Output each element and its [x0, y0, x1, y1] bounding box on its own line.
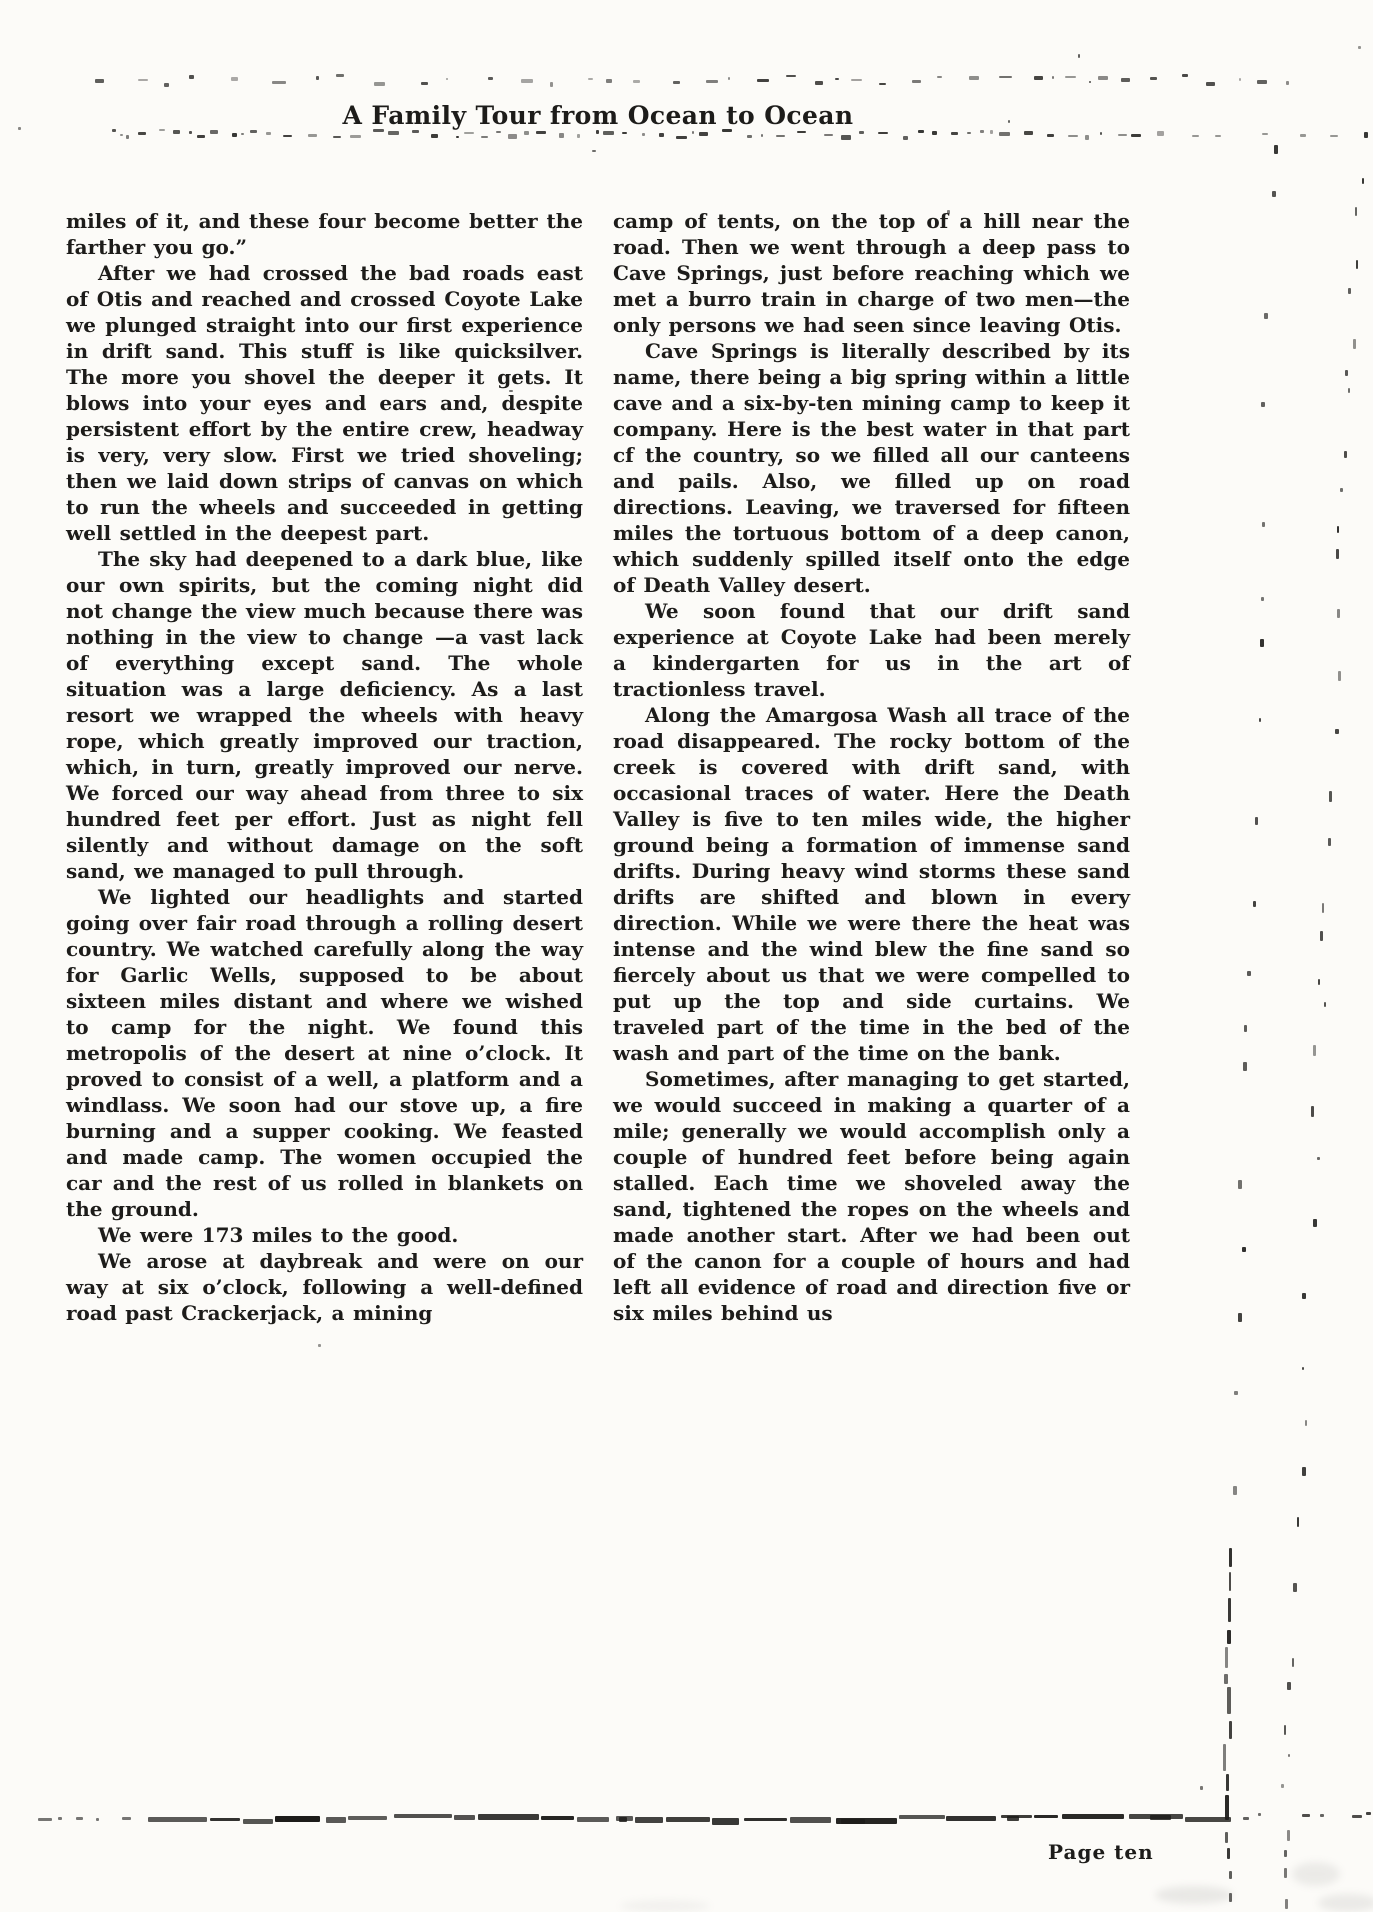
noise-mark: [76, 1817, 83, 1820]
noise-mark: [912, 80, 921, 83]
noise-mark: [1182, 74, 1189, 76]
noise-mark: [899, 1815, 945, 1819]
noise-mark: [1185, 1817, 1230, 1822]
noise-mark: [446, 78, 448, 80]
noise-mark: [1320, 931, 1323, 941]
noise-mark: [374, 82, 384, 86]
paragraph: miles of it, and these four become bette…: [66, 208, 583, 260]
noise-mark: [232, 133, 237, 137]
page-number-label: Page ten: [1048, 1840, 1154, 1864]
noise-mark: [266, 132, 270, 135]
noise-mark: [878, 132, 889, 134]
noise-mark: [388, 131, 398, 135]
noise-mark: [592, 150, 596, 152]
noise-mark: [951, 132, 959, 135]
noise-mark: [1284, 1725, 1287, 1735]
noise-mark: [38, 1818, 52, 1821]
noise-mark: [676, 136, 686, 139]
noise-mark: [58, 1817, 62, 1820]
noise-mark: [1150, 77, 1157, 81]
noise-mark: [454, 1815, 474, 1820]
scan-smudge: [1318, 1894, 1373, 1912]
paragraph: Along the Amargosa Wash all trace of the…: [613, 702, 1130, 1066]
noise-mark: [283, 135, 292, 137]
text-block: miles of it, and these four become bette…: [66, 208, 1130, 1326]
noise-mark: [1007, 1816, 1019, 1821]
noise-mark: [1255, 817, 1259, 824]
noise-mark: [1226, 1774, 1229, 1791]
noise-mark: [1259, 718, 1262, 722]
noise-mark: [164, 83, 169, 87]
noise-mark: [757, 79, 769, 81]
noise-mark: [1288, 1754, 1290, 1757]
noise-mark: [728, 77, 730, 80]
noise-mark: [918, 130, 925, 132]
noise-mark: [1358, 46, 1361, 49]
noise-mark: [1302, 1367, 1305, 1370]
noise-mark: [1238, 1313, 1242, 1322]
noise-mark: [431, 134, 439, 138]
noise-mark: [1345, 370, 1348, 376]
noise-mark: [1062, 1814, 1124, 1819]
noise-mark: [481, 136, 488, 139]
noise-mark: [464, 132, 474, 135]
noise-mark: [1293, 1583, 1297, 1593]
noise-mark: [999, 76, 1012, 78]
noise-mark: [1242, 1247, 1246, 1253]
noise-mark: [96, 1818, 99, 1821]
noise-mark: [824, 134, 833, 136]
noise-mark: [851, 79, 861, 81]
noise-mark: [815, 81, 823, 85]
noise-mark: [1305, 1420, 1307, 1426]
noise-mark: [1034, 1815, 1058, 1818]
noise-mark: [1285, 1899, 1288, 1909]
noise-mark: [1034, 76, 1044, 80]
noise-mark: [456, 136, 459, 138]
noise-mark: [1098, 76, 1108, 80]
noise-mark: [946, 1816, 996, 1821]
noise-mark: [797, 131, 807, 133]
noise-mark: [1300, 134, 1306, 137]
noise-mark: [786, 75, 795, 77]
noise-mark: [1274, 145, 1278, 154]
paragraph: Cave Springs is literally described by i…: [613, 338, 1130, 598]
noise-mark: [197, 135, 205, 138]
noise-mark: [1338, 671, 1340, 681]
noise-mark: [980, 130, 983, 133]
noise-mark: [318, 1344, 321, 1347]
noise-mark: [1192, 135, 1199, 138]
noise-mark: [659, 133, 664, 137]
noise-mark: [1302, 1293, 1306, 1299]
noise-mark: [1227, 1630, 1231, 1644]
noise-mark: [1229, 1572, 1232, 1590]
noise-mark: [836, 1818, 897, 1824]
noise-mark: [1352, 1815, 1362, 1818]
noise-mark: [421, 82, 428, 84]
noise-mark: [619, 1817, 626, 1822]
noise-mark: [1261, 597, 1264, 601]
noise-mark: [879, 83, 886, 85]
noise-mark: [189, 75, 194, 79]
noise-mark: [1243, 1817, 1249, 1820]
noise-mark: [706, 80, 717, 83]
noise-mark: [1157, 131, 1164, 135]
noise-mark: [1362, 178, 1364, 184]
noise-mark: [1281, 1784, 1284, 1788]
noise-mark: [1118, 134, 1127, 136]
noise-mark: [1329, 791, 1333, 801]
noise-mark: [999, 132, 1009, 136]
noise-mark: [603, 131, 614, 135]
noise-mark: [1366, 1812, 1371, 1815]
noise-mark: [275, 1816, 321, 1822]
noise-mark: [1227, 1687, 1231, 1714]
noise-mark: [1286, 81, 1288, 84]
noise-mark: [790, 1817, 831, 1823]
noise-mark: [1001, 1815, 1032, 1818]
noise-mark: [394, 1814, 452, 1818]
noise-mark: [1284, 1850, 1287, 1856]
noise-mark: [1320, 1814, 1324, 1817]
noise-mark: [1302, 1467, 1306, 1476]
noise-mark: [1262, 133, 1268, 136]
noise-mark: [692, 131, 694, 134]
noise-mark: [1258, 1813, 1261, 1816]
noise-mark: [747, 135, 752, 138]
noise-mark: [173, 130, 180, 134]
noise-mark: [1065, 76, 1076, 78]
noise-mark: [1052, 76, 1054, 78]
noise-mark: [336, 74, 344, 77]
noise-mark: [1340, 488, 1344, 493]
noise-mark: [1129, 1814, 1183, 1818]
noise-mark: [1287, 1682, 1291, 1690]
noise-mark: [1313, 1219, 1317, 1227]
scan-smudge: [620, 1900, 710, 1912]
paragraph: We lighted our headlights and started go…: [66, 884, 583, 1222]
noise-mark: [1224, 1674, 1228, 1683]
noise-mark: [1264, 313, 1268, 319]
scan-smudge: [1155, 1886, 1233, 1904]
noise-mark: [1261, 402, 1265, 407]
paragraph: camp of tents, on the top of a hill near…: [613, 208, 1130, 338]
noise-mark: [1229, 1548, 1233, 1567]
noise-mark: [967, 132, 971, 134]
noise-mark: [699, 132, 708, 136]
scan-smudge: [1292, 1862, 1340, 1886]
noise-mark: [120, 134, 123, 136]
noise-mark: [635, 1817, 664, 1823]
noise-mark: [1233, 1486, 1237, 1496]
noise-mark: [1238, 1180, 1242, 1189]
noise-mark: [1348, 288, 1350, 294]
paragraph: Sometimes, after managing to get started…: [613, 1066, 1130, 1326]
noise-mark: [1024, 131, 1033, 135]
noise-mark: [210, 1818, 240, 1821]
noise-mark: [348, 1816, 387, 1820]
noise-mark: [1297, 1517, 1299, 1527]
noise-mark: [1317, 1157, 1320, 1160]
paragraph: The sky had deepened to a dark blue, lik…: [66, 546, 583, 884]
noise-mark: [1047, 134, 1054, 137]
noise-mark: [1260, 639, 1264, 647]
noise-mark: [541, 1816, 573, 1820]
noise-mark: [588, 78, 593, 80]
paragraph: We soon found that our drift sand experi…: [613, 598, 1130, 702]
noise-mark: [536, 131, 547, 134]
noise-mark: [666, 1817, 709, 1822]
noise-mark: [1336, 549, 1338, 559]
noise-mark: [210, 130, 218, 134]
noise-mark: [776, 135, 785, 137]
noise-mark: [1243, 1062, 1247, 1071]
noise-mark: [577, 134, 580, 137]
noise-mark: [1225, 1647, 1228, 1668]
paragraph: After we had crossed the bad roads east …: [66, 260, 583, 546]
noise-mark: [1223, 1744, 1226, 1771]
noise-mark: [1229, 1721, 1232, 1739]
noise-mark: [126, 135, 129, 139]
page-title: A Family Tour from Ocean to Ocean: [66, 101, 1130, 130]
noise-mark: [1068, 135, 1078, 138]
noise-mark: [1262, 522, 1265, 527]
noise-mark: [1337, 609, 1340, 619]
noise-mark: [1335, 729, 1339, 734]
noise-mark: [1355, 207, 1357, 216]
noise-mark: [969, 76, 979, 80]
noise-mark: [550, 82, 553, 86]
noise-mark: [122, 1817, 131, 1820]
noise-mark: [622, 132, 627, 134]
noise-mark: [1229, 1871, 1232, 1878]
noise-mark: [488, 77, 493, 81]
noise-mark: [316, 76, 319, 79]
noise-mark: [250, 130, 258, 133]
noise-mark: [1313, 1045, 1316, 1056]
noise-mark: [508, 134, 517, 138]
noise-mark: [616, 1816, 634, 1821]
noise-mark: [841, 135, 851, 139]
noise-mark: [1330, 135, 1338, 138]
paragraph: We arose at daybreak and were on our way…: [66, 1248, 583, 1326]
noise-mark: [326, 1817, 346, 1823]
left-column: miles of it, and these four become bette…: [66, 208, 583, 1326]
noise-mark: [744, 1818, 787, 1821]
noise-mark: [241, 133, 244, 136]
noise-mark: [1348, 388, 1350, 393]
noise-mark: [932, 131, 938, 135]
noise-mark: [1328, 838, 1331, 846]
noise-mark: [859, 131, 863, 133]
noise-mark: [1272, 191, 1276, 197]
noise-mark: [642, 133, 644, 136]
noise-mark: [231, 77, 238, 81]
noise-mark: [990, 130, 993, 134]
noise-mark: [333, 136, 341, 139]
noise-mark: [1287, 1830, 1290, 1841]
noise-mark: [1131, 134, 1141, 137]
noise-mark: [1078, 54, 1080, 58]
noise-mark: [350, 135, 361, 139]
noise-mark: [1228, 1598, 1231, 1622]
noise-mark: [1344, 451, 1348, 458]
noise-mark: [478, 1814, 538, 1820]
noise-mark: [1121, 78, 1130, 82]
noise-mark: [308, 134, 317, 137]
noise-mark: [1337, 526, 1339, 533]
noise-mark: [606, 79, 612, 83]
noise-mark: [1322, 903, 1324, 913]
noise-mark: [1234, 1391, 1238, 1395]
noise-mark: [1284, 1868, 1287, 1877]
noise-mark: [841, 1819, 865, 1824]
noise-mark: [903, 136, 908, 140]
noise-mark: [138, 132, 146, 136]
noise-mark: [1253, 901, 1257, 907]
noise-mark: [412, 130, 419, 132]
noise-mark: [1364, 132, 1368, 138]
noise-mark: [1085, 135, 1088, 139]
noise-mark: [1206, 82, 1215, 86]
noise-mark: [1356, 260, 1358, 269]
noise-mark: [596, 130, 599, 134]
noise-mark: [1257, 80, 1267, 84]
noise-mark: [1200, 1786, 1203, 1790]
noise-mark: [835, 78, 839, 80]
noise-mark: [761, 134, 763, 138]
noise-mark: [937, 76, 942, 78]
noise-mark: [1225, 1795, 1229, 1820]
noise-mark: [1100, 132, 1102, 134]
right-column: camp of tents, on the top of a hill near…: [613, 208, 1130, 1326]
noise-mark: [1244, 1025, 1247, 1032]
noise-mark: [95, 79, 104, 83]
noise-mark: [1227, 1848, 1230, 1859]
noise-mark: [521, 79, 533, 83]
noise-mark: [712, 1818, 738, 1824]
noise-mark: [1353, 339, 1356, 349]
noise-mark: [1318, 979, 1320, 985]
noise-mark: [1324, 1002, 1326, 1007]
noise-mark: [189, 131, 192, 134]
noise-mark: [1247, 971, 1251, 976]
noise-mark: [577, 1817, 610, 1822]
noise-mark: [673, 81, 680, 83]
noise-mark: [1292, 1658, 1294, 1667]
noise-mark: [1311, 1106, 1314, 1116]
noise-mark: [1239, 78, 1242, 81]
noise-mark: [1215, 135, 1221, 138]
noise-mark: [148, 1817, 207, 1822]
noise-mark: [496, 131, 502, 133]
noise-mark: [243, 1819, 274, 1824]
paragraph: We were 173 miles to the good.: [66, 1222, 583, 1248]
noise-mark: [1150, 1815, 1172, 1820]
page: A Family Tour from Ocean to Ocean miles …: [0, 0, 1373, 1912]
noise-mark: [559, 133, 564, 137]
noise-mark: [1225, 1832, 1228, 1843]
noise-mark: [18, 127, 21, 130]
noise-mark: [138, 79, 148, 81]
noise-mark: [633, 80, 639, 83]
noise-mark: [524, 131, 529, 135]
noise-mark: [1089, 81, 1092, 83]
noise-mark: [1302, 1814, 1310, 1817]
noise-mark: [272, 81, 286, 83]
